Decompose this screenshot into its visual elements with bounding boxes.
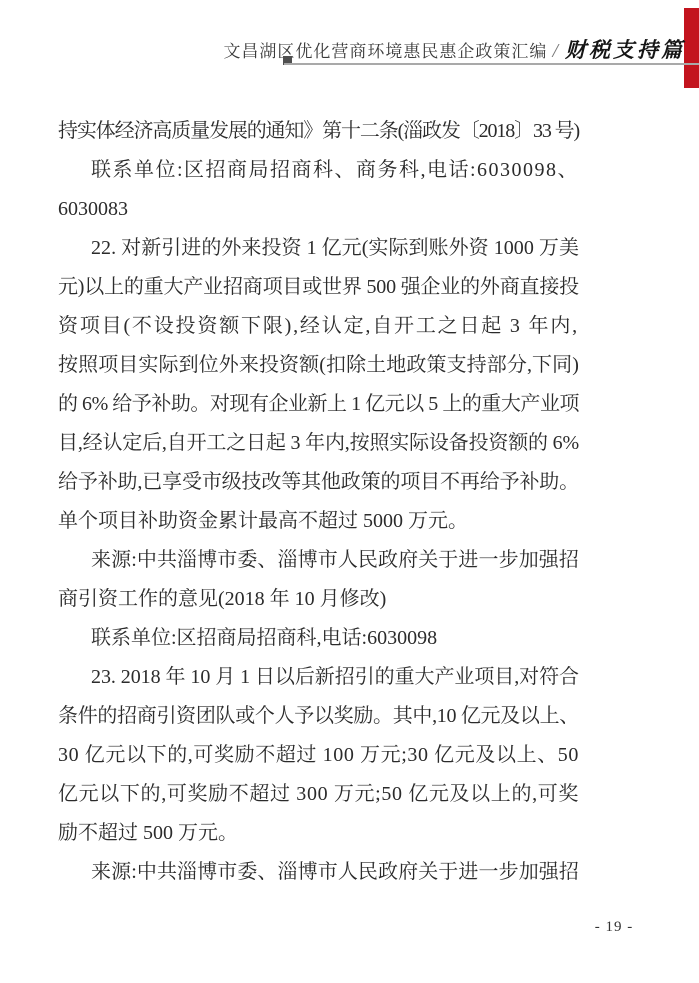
section-edge-tab — [684, 8, 699, 88]
text-line: 商引资工作的意见(2018 年 10 月修改) — [58, 580, 579, 619]
section-title: 财税支持篇 — [565, 38, 685, 62]
text-line: 联系单位:区招商局招商科,电话:6030098 — [58, 619, 579, 658]
text-line: 按照项目实际到位外来投资额(扣除土地政策支持部分,下同) — [58, 346, 579, 385]
header-text: 文昌湖区优化营商环境惠民惠企政策汇编/财税支持篇 — [223, 36, 685, 64]
text-line: 给予补助,已享受市级技改等其他政策的项目不再给予补助。 — [58, 463, 579, 502]
text-line: 单个项目补助资金累计最高不超过 5000 万元。 — [58, 502, 579, 541]
text-line: 励不超过 500 万元。 — [58, 814, 579, 853]
text-line: 来源:中共淄博市委、淄博市人民政府关于进一步加强招 — [58, 853, 579, 892]
text-line: 亿元以下的,可奖励不超过 300 万元;50 亿元及以上的,可奖 — [58, 775, 579, 814]
document-body: 持实体经济高质量发展的通知》第十二条(淄政发〔2018〕33 号)联系单位:区招… — [58, 112, 579, 892]
booklet-title: 文昌湖区优化营商环境惠民惠企政策汇编 — [223, 42, 547, 61]
text-line: 23. 2018 年 10 月 1 日以后新招引的重大产业项目,对符合 — [58, 658, 579, 697]
page-number: - 19 - — [590, 916, 638, 938]
text-line: 来源:中共淄博市委、淄博市人民政府关于进一步加强招 — [58, 541, 579, 580]
text-line: 的 6% 给予补助。对现有企业新上 1 亿元以 5 上的重大产业项 — [58, 385, 579, 424]
header-rule — [284, 63, 699, 65]
text-line: 持实体经济高质量发展的通知》第十二条(淄政发〔2018〕33 号) — [58, 112, 579, 151]
text-line: 资项目(不设投资额下限),经认定,自开工之日起 3 年内, — [58, 307, 579, 346]
text-line: 目,经认定后,自开工之日起 3 年内,按照实际设备投资额的 6% — [58, 424, 579, 463]
text-line: 联系单位:区招商局招商科、商务科,电话:6030098、 — [58, 151, 579, 190]
header-separator: / — [552, 40, 558, 62]
text-line: 元)以上的重大产业招商项目或世界 500 强企业的外商直接投 — [58, 268, 579, 307]
text-line: 6030083 — [58, 190, 579, 229]
text-line: 条件的招商引资团队或个人予以奖励。其中,10 亿元及以上、 — [58, 697, 579, 736]
text-line: 30 亿元以下的,可奖励不超过 100 万元;30 亿元及以上、50 — [58, 736, 579, 775]
text-line: 22. 对新引进的外来投资 1 亿元(实际到账外资 1000 万美 — [58, 229, 579, 268]
document-page: 文昌湖区优化营商环境惠民惠企政策汇编/财税支持篇 持实体经济高质量发展的通知》第… — [0, 0, 699, 983]
